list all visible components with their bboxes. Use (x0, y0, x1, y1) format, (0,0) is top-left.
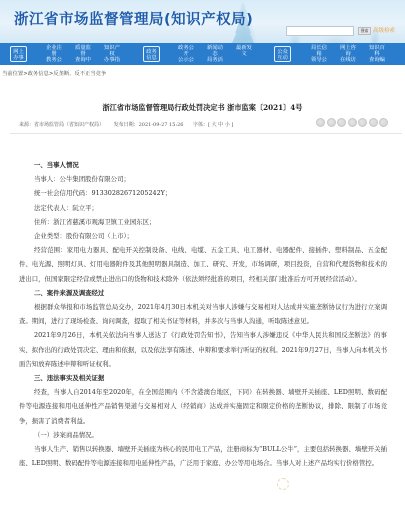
nav-intellectual-property[interactable]: 知识产 权 办事指 (102, 45, 122, 63)
nav-news[interactable]: 新闻动 态 局务活 (205, 45, 225, 63)
font-size-selector[interactable]: 字体：[ 大 中 小 ] (193, 122, 233, 128)
paragraph: 企业类型：股份有限公司（上市）； (19, 229, 387, 243)
share-toolbar (316, 118, 388, 127)
share-icon-1[interactable] (316, 118, 325, 127)
search-button[interactable]: 搜索 (358, 27, 371, 35)
section-heading: 一、当事人情况 (19, 158, 387, 172)
paragraph: （一）涉案商品情况。 (19, 428, 387, 442)
paragraph: 当事人生产、销售以转换器、墙壁开关插座为核心的民用电工产品，注册商标为“BULL… (19, 442, 387, 470)
paragraph: 住所：浙江省慈溪市观海卫镇工业园东区； (19, 215, 387, 229)
nav-enterprise-registration[interactable]: 企业注 册 教务公 (44, 45, 64, 63)
nav-director-mailbox[interactable]: 局长信 箱 领导公 (309, 45, 329, 63)
breadcrumb[interactable]: 当前位置>政务信息>反垄断、反不正当竞争 (2, 69, 106, 77)
search-input[interactable] (286, 26, 354, 36)
nav-online-consultation[interactable]: 网上咨 询 在线访 (338, 45, 358, 63)
nav-government-disclosure[interactable]: 政务公 开 公示公 (176, 45, 196, 63)
watermark-icon (277, 478, 289, 490)
section-heading: 三、违法事实及相关证据 (19, 371, 387, 385)
nav-public-interaction[interactable]: 公众 互动 (274, 46, 291, 62)
share-icon-6[interactable] (369, 118, 378, 127)
paragraph: 当事人：公牛集团股份有限公司； (19, 172, 387, 186)
share-icon-7[interactable] (379, 118, 388, 127)
article-title: 浙江省市场监督管理局行政处罚决定书 浙市监案〔2021〕4号 (0, 103, 405, 113)
section-heading: 二、案件来源及调查经过 (19, 286, 387, 300)
share-icon-4[interactable] (348, 118, 357, 127)
article-meta: 来源：省市场监管局（省知识产权局） 发布日期：2021-09-27 15:26 … (19, 121, 241, 128)
paragraph: 统一社会信用代码：91330282671205242Y； (19, 186, 387, 200)
site-header: 浙江省市场监督管理局(知识产权局) 搜索 高级检索 (0, 0, 405, 43)
share-icon-5[interactable] (358, 118, 367, 127)
paragraph: 法定代表人：阮立平； (19, 201, 387, 215)
nav-quality-supervision[interactable]: 质量监 督 查询中 (73, 45, 93, 63)
nav-knowledge-base[interactable]: 知识百 科 查询编 (367, 45, 387, 63)
nav-latest-documents[interactable]: 最新发 文 (234, 45, 254, 63)
header-divider (10, 133, 402, 134)
share-icon-2[interactable] (327, 118, 336, 127)
article-body: 一、当事人情况 当事人：公牛集团股份有限公司； 统一社会信用代码：9133028… (19, 158, 387, 470)
nav-online-services[interactable]: 网上 办事 (10, 46, 27, 62)
site-title[interactable]: 浙江省市场监督管理局(知识产权局) (14, 8, 253, 29)
article-source: 来源：省市场监管局（省知识产权局） (19, 122, 104, 128)
paragraph: 经营范围：家用电力器具、配电开关控制设备、电线、电缆、五金工具、电工器材、电器配… (19, 243, 387, 286)
share-icon-3[interactable] (337, 118, 346, 127)
paragraph: 2021年9月26日，本机关依法向当事人送达了《行政处罚告知书》，告知当事人涉嫌… (19, 328, 387, 371)
paragraph: 经查，当事人自2014年至2020年，在全国范围内（不含港澳台地区，下同）在转换… (19, 385, 387, 428)
main-nav: 网上 办事 企业注 册 教务公 质量监 督 查询中 知识产 权 办事指 政务 信… (0, 43, 405, 65)
paragraph: 根据群众举报和市场监管总局交办，2021年4月30日本机关对当事人涉嫌与交易相对… (19, 300, 387, 328)
advanced-search-link[interactable]: 高级检索 (373, 26, 395, 34)
nav-government-info[interactable]: 政务 信息 (143, 46, 160, 62)
article-publish-date: 发布日期：2021-09-27 15:26 (114, 122, 184, 128)
